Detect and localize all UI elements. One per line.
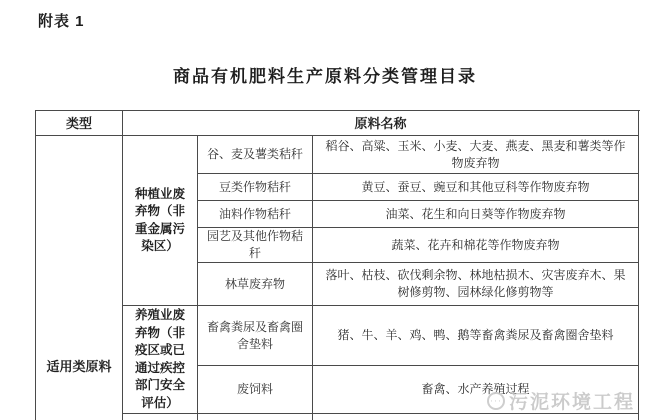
cell-subcategory: 园艺及其他作物秸秆	[198, 228, 313, 263]
document-page: 附表 1 商品有机肥料生产原料分类管理目录 类型 原料名称 适用类原料 种植业废…	[0, 0, 650, 420]
cell-materials: 油菜、花生和向日葵等作物废弃物	[313, 201, 639, 228]
header-type: 类型	[36, 111, 123, 136]
annex-label: 附表 1	[38, 10, 85, 31]
cell-group-continuation	[123, 414, 198, 420]
cell-subcategory: 畜禽粪尿及畜禽圈舍垫料	[198, 306, 313, 366]
watermark-text: 污泥环境工程	[509, 387, 635, 414]
cell-category-type: 适用类原料	[36, 136, 123, 420]
cell-truncated	[313, 414, 639, 420]
cell-subcategory: 豆类作物秸秆	[198, 174, 313, 201]
watermark-logo-icon: ···	[487, 392, 505, 410]
cell-materials: 落叶、枯枝、砍伐剩余物、林地枯损木、灾害废弃木、果树修剪物、园林绿化修剪物等	[313, 263, 639, 306]
watermark: ··· 污泥环境工程	[487, 387, 635, 414]
cell-subcategory: 油料作物秸秆	[198, 201, 313, 228]
cell-group-breeding: 养殖业废弃物（非疫区或已通过疾控部门安全评估）	[123, 306, 198, 414]
cell-materials: 黄豆、蚕豆、豌豆和其他豆科等作物废弃物	[313, 174, 639, 201]
cell-materials: 猪、牛、羊、鸡、鸭、鹅等畜禽粪尿及畜禽圈舍垫料	[313, 306, 639, 366]
cell-truncated	[198, 414, 313, 420]
table-grid: 类型 原料名称 适用类原料 种植业废弃物（非重金属污染区） 养殖业废弃物（非疫区…	[36, 111, 640, 420]
cell-materials: 稻谷、高粱、玉米、小麦、大麦、燕麦、黑麦和薯类等作物废弃物	[313, 136, 639, 174]
category-label: 适用类原料	[36, 358, 122, 375]
header-material-name: 原料名称	[123, 111, 639, 136]
page-title: 商品有机肥料生产原料分类管理目录	[0, 62, 650, 87]
cell-group-planting: 种植业废弃物（非重金属污染区）	[123, 136, 198, 306]
cell-subcategory: 林草废弃物	[198, 263, 313, 306]
classification-table: 类型 原料名称 适用类原料 种植业废弃物（非重金属污染区） 养殖业废弃物（非疫区…	[35, 110, 640, 420]
cell-materials: 蔬菜、花卉和棉花等作物废弃物	[313, 228, 639, 263]
cell-subcategory: 谷、麦及薯类秸秆	[198, 136, 313, 174]
cell-subcategory: 废饲料	[198, 366, 313, 414]
